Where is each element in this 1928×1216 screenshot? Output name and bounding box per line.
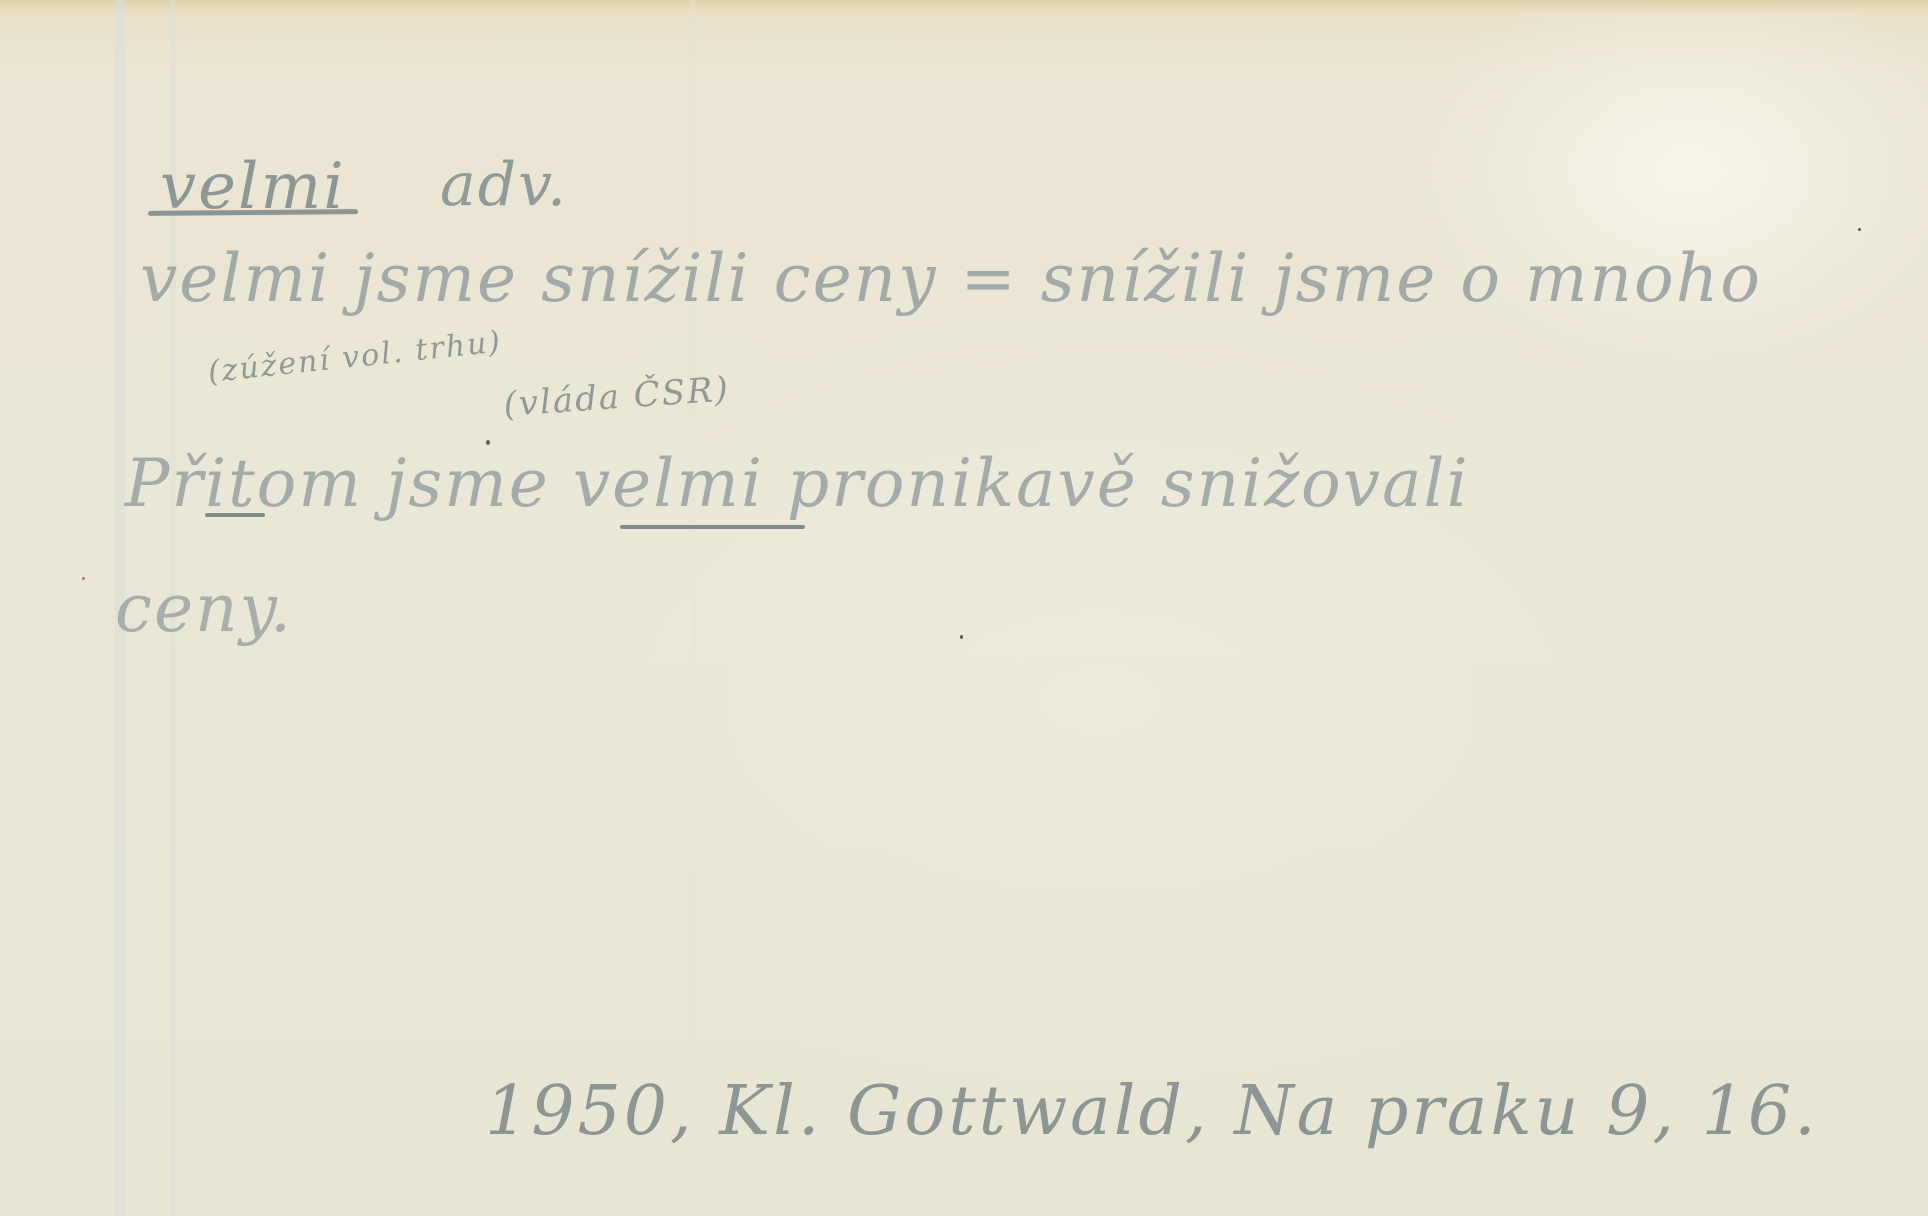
example-line-2: Přitom jsme velmi pronikavě snižovali — [125, 445, 1470, 522]
example-line-1: velmi jsme snížili ceny = snížili jsme o… — [140, 240, 1762, 317]
ink-speck — [960, 635, 963, 639]
ink-speck — [82, 577, 85, 580]
index-card: velmi adv. velmi jsme snížili ceny = sní… — [0, 0, 1928, 1216]
ink-speck — [486, 440, 490, 445]
example-line-2-continuation: ceny. — [115, 570, 293, 647]
headword-in-example-underline — [620, 525, 805, 529]
annotation-2: (vláda ČSR) — [502, 369, 731, 425]
annotation-1: (zúžení vol. trhu) — [206, 324, 503, 390]
margin-line — [690, 0, 696, 1216]
card-top-edge — [0, 0, 1928, 14]
source-citation: 1950, Kl. Gottwald, Na praku 9, 16. — [485, 1072, 1819, 1151]
part-of-speech: adv. — [440, 150, 568, 220]
ink-speck — [1858, 228, 1861, 231]
letter-underline — [205, 513, 265, 517]
